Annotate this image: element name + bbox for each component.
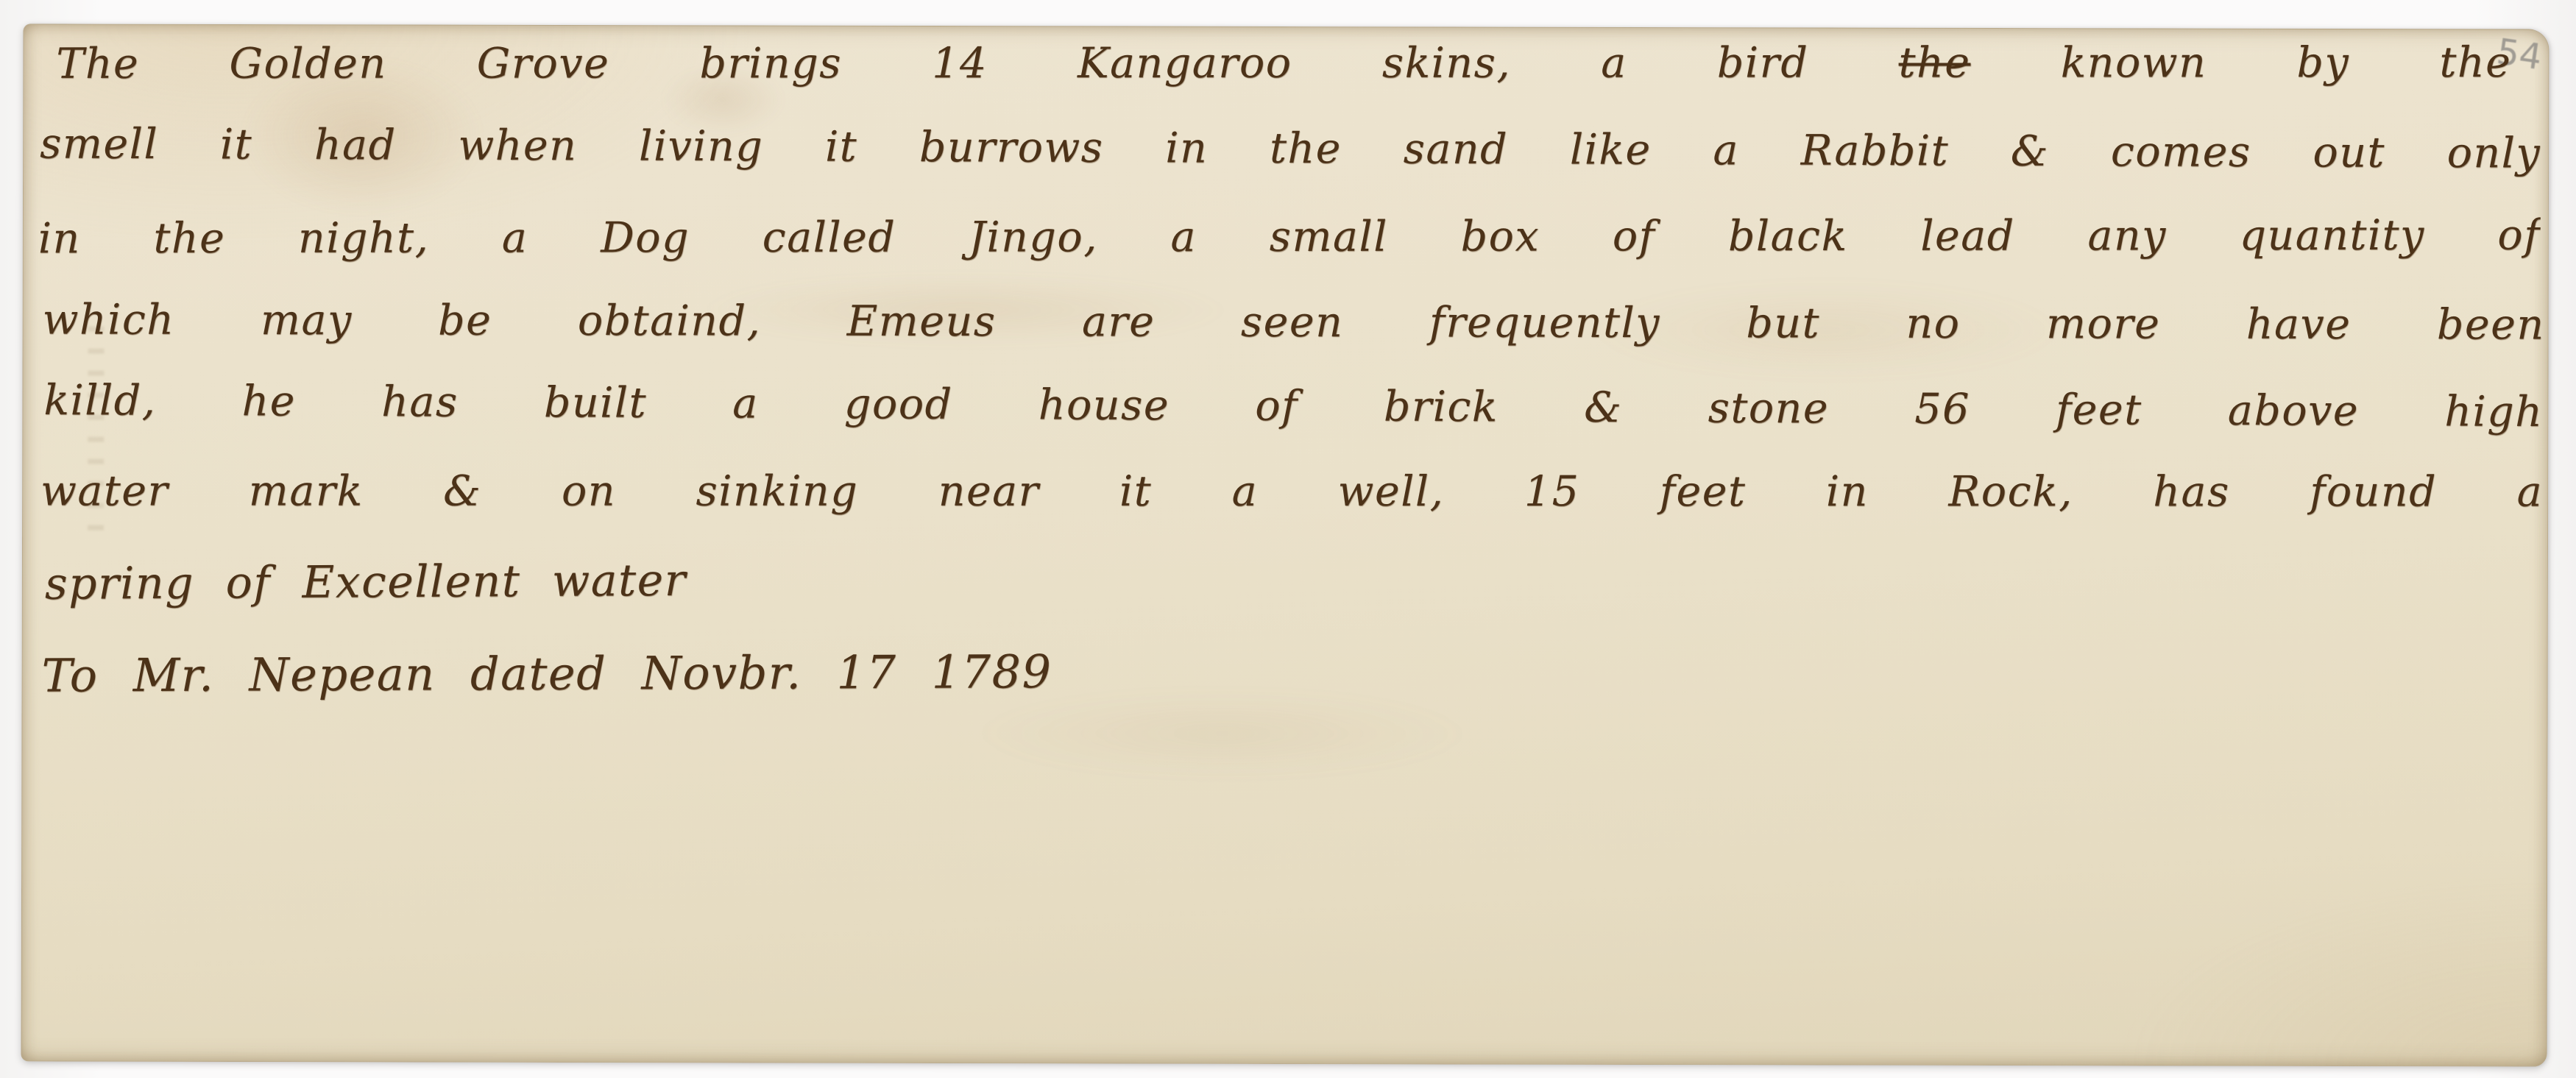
docket-line: To Mr. Nepean dated Novbr. 17 1789	[41, 645, 1052, 703]
line-text: The Golden Grove brings 14 Kangaroo skin…	[56, 39, 1898, 88]
manuscript-line: The Golden Grove brings 14 Kangaroo skin…	[56, 38, 2511, 121]
manuscript-line: which may be obtaind, Emeus are seen fre…	[42, 295, 2544, 381]
struck-word: the	[1899, 39, 1971, 88]
manuscript-page: 54 The Golden Grove brings 14 Kangaroo s…	[21, 24, 2550, 1066]
line-text: known by the	[1970, 38, 2511, 87]
manuscript-line: water mark & on sinking near it a well, …	[40, 467, 2543, 548]
manuscript-line: in the night, a Dog called Jingo, a smal…	[38, 211, 2541, 296]
manuscript-line: smell it had when living it burrows in t…	[40, 119, 2541, 210]
manuscript-line: spring of Excellent water	[45, 555, 687, 610]
manuscript-line: killd, he has built a good house of bric…	[43, 376, 2543, 469]
